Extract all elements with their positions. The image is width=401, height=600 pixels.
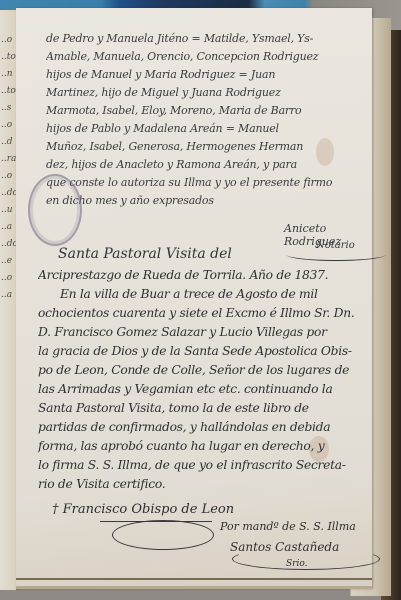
entry-line: dez, hijos de Anacleto y Ramona Areán, y… [46, 156, 366, 174]
register-page: de Pedro y Manuela Jiténo = Matilde, Ysm… [16, 8, 372, 589]
entry-line: hijos de Manuel y Maria Rodriguez = Juan [46, 66, 366, 84]
oval-stamp-icon [28, 174, 82, 246]
left-page-fragment: ..s [0, 100, 16, 117]
bishop-rubric-flourish [112, 520, 214, 550]
visit-line: forma, las aprobó cuanto ha lugar en der… [38, 437, 368, 456]
signature-flourish [286, 248, 386, 261]
left-page-fragment: ..d [0, 134, 16, 151]
left-page-fragment: ..e [0, 253, 16, 270]
entry-line: en dicho mes y año expresados [46, 192, 366, 210]
entry-line: Amable, Manuela, Orencio, Concepcion Rod… [46, 48, 366, 66]
secretary-title: Srio. [286, 559, 307, 569]
left-page-fragment: ..o [0, 168, 16, 185]
entry-line: Muñoz, Isabel, Generosa, Hermogenes Herm… [46, 138, 366, 156]
left-page-fragment: ..do [0, 185, 16, 202]
visit-line: lo firma S. S. Illma, de que yo el infra… [38, 456, 368, 475]
visit-line: Santa Pastoral Visita, tomo la de este l… [38, 399, 368, 418]
bishop-signature: † Francisco Obispo de Leon [52, 502, 234, 517]
left-page-fragment: ..a [0, 219, 16, 236]
visit-line: la gracia de Dios y de la Santa Sede Apo… [38, 342, 368, 361]
confirmation-entry: de Pedro y Manuela Jiténo = Matilde, Ysm… [46, 30, 366, 210]
left-page-fragment: ..o [0, 32, 16, 49]
entry-line: hijos de Pablo y Madalena Areán = Manuel [46, 120, 366, 138]
page-bottom-edge [16, 578, 372, 580]
entry-line: de Pedro y Manuela Jiténo = Matilde, Ysm… [46, 30, 366, 48]
left-page-fragment: ..a [0, 287, 16, 304]
visit-line: rio de Visita certifico. [38, 475, 368, 494]
entry-line: Martinez, hijo de Miguel y Juana Rodrigu… [46, 84, 366, 102]
left-page-fragment: ..o [0, 117, 16, 134]
left-page-fragment: ..to [0, 49, 16, 66]
left-page-fragment: ..do [0, 236, 16, 253]
visit-line: En la villa de Buar a trece de Agosto de… [38, 285, 368, 304]
visit-line: ochocientos cuarenta y siete el Excmo é … [38, 304, 368, 323]
pastoral-visit-record: Arciprestazgo de Rueda de Torrila. Año d… [38, 266, 368, 494]
left-page-fragment: ..o [0, 270, 16, 287]
visit-line: D. Francisco Gomez Salazar y Lucio Ville… [38, 323, 368, 342]
mandate-line: Por mandº de S. S. Illma [220, 520, 356, 533]
visit-heading-line: Arciprestazgo de Rueda de Torrila. Año d… [38, 266, 368, 285]
left-page-fragment: ..u [0, 202, 16, 219]
entry-line: que conste lo autoriza su Illma y yo el … [46, 174, 366, 192]
left-page-fragment: ..to [0, 83, 16, 100]
visit-line: partidas de confirmados, y hallándolas e… [38, 418, 368, 437]
visit-heading: Santa Pastoral Visita del [58, 246, 232, 262]
left-page-fragment: ..ra [0, 151, 16, 168]
visit-line: las Arrimadas y Vegamian etc etc. contin… [38, 380, 368, 399]
entry-line: Marmota, Isabel, Eloy, Moreno, Maria de … [46, 102, 366, 120]
visit-line: po de Leon, Conde de Colle, Señor de los… [38, 361, 368, 380]
left-page-fragment: ..n [0, 66, 16, 83]
